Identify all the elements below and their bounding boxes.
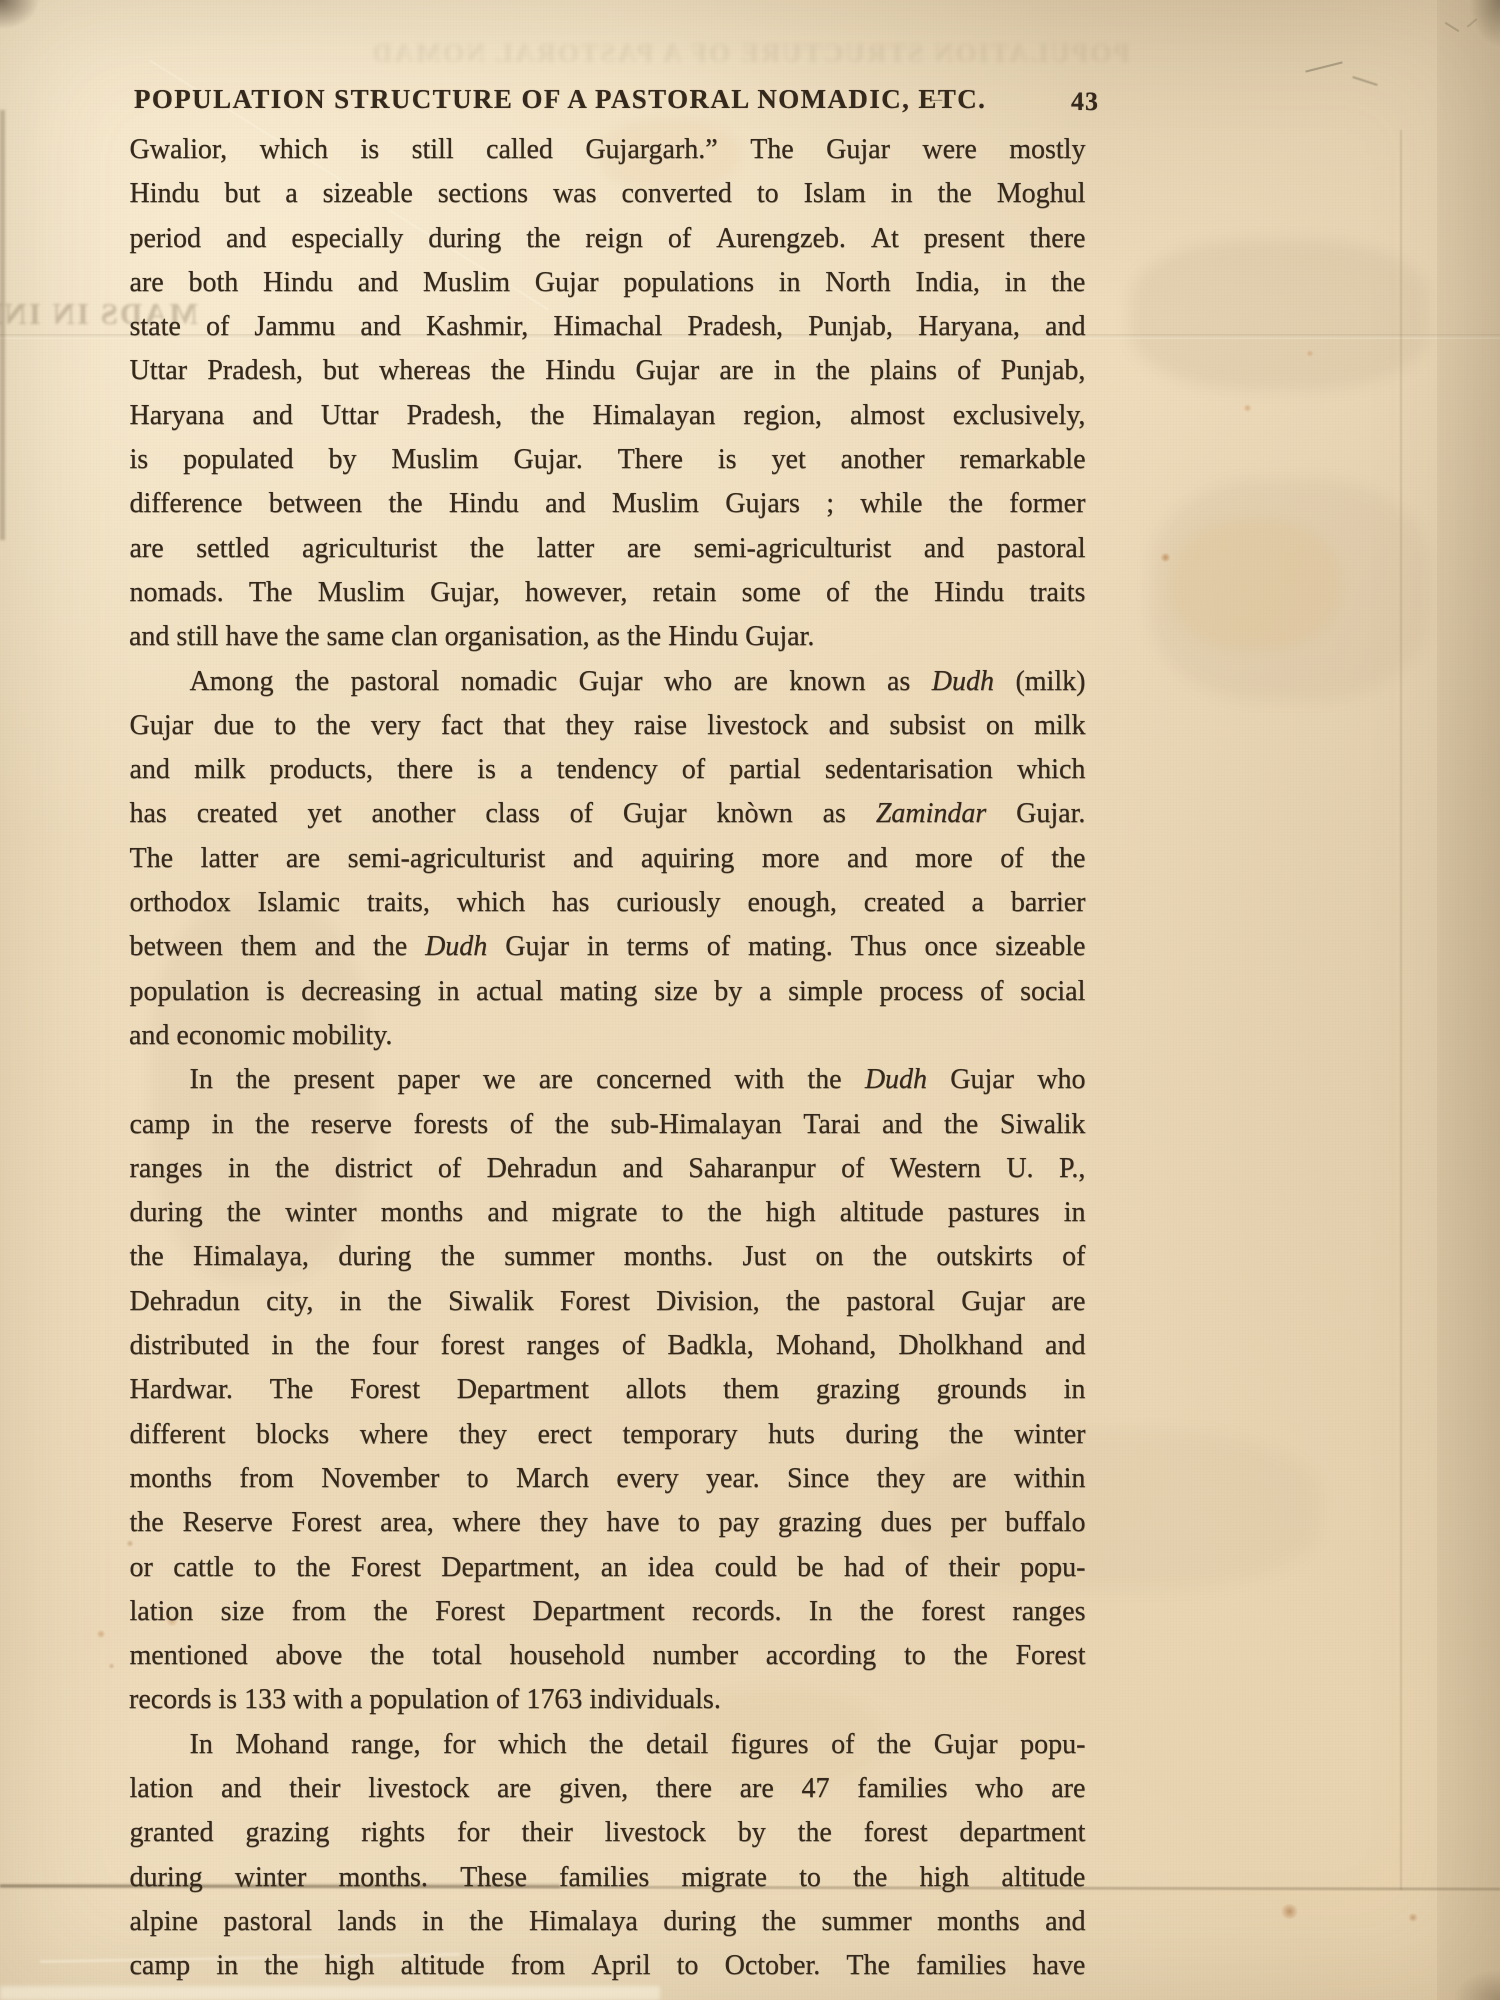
- text-line: monthsfromNovembertoMarcheveryyear.Since…: [129, 1457, 1086, 1501]
- text-line: distributedinthefourforestrangesofBadkla…: [129, 1324, 1086, 1368]
- running-header: POPULATION STRUCTURE OF A PASTORAL NOMAD…: [130, 84, 1087, 120]
- text-line: grantedgrazingrightsfortheirlivestockbyt…: [129, 1811, 1086, 1855]
- foxing-spot: [1280, 1904, 1299, 1919]
- text-line: InthepresentpaperweareconcernedwiththeDu…: [129, 1058, 1086, 1102]
- text-line: orcattletotheForestDepartment,anideacoul…: [129, 1546, 1086, 1590]
- pencil-mark: [1445, 22, 1460, 32]
- text-line: HindubutasizeablesectionswasconvertedtoI…: [129, 172, 1086, 216]
- text-line: betweenthemandtheDudhGujarintermsofmatin…: [129, 925, 1086, 969]
- page-edge-shading: [1437, 0, 1500, 2000]
- text-line: duringthewintermonthsandmigratetothehigh…: [129, 1191, 1086, 1235]
- text-line: UttarPradesh,butwhereastheHinduGujararei…: [129, 349, 1086, 393]
- text-line: HaryanaandUttarPradesh,theHimalayanregio…: [129, 394, 1086, 438]
- text-line: InMohandrange,forwhichthedetailfiguresof…: [129, 1723, 1086, 1767]
- text-line: mentionedabovethetotalhouseholdnumberacc…: [129, 1634, 1086, 1678]
- text-line: differentblockswheretheyerecttemporaryhu…: [129, 1413, 1086, 1457]
- text-line: and still have the same clan organisatio…: [129, 615, 1086, 659]
- text-line: and economic mobility.: [129, 1014, 1086, 1058]
- text-line: ispopulatedbyMuslimGujar.Thereisyetanoth…: [129, 438, 1086, 482]
- text-line: Gwalior,whichisstillcalledGujargarh.”The…: [129, 128, 1086, 172]
- text-line: Gujarduetotheveryfactthattheyraiselivest…: [129, 704, 1086, 748]
- page-number: 43: [1071, 87, 1099, 117]
- foxing-spot: [1306, 350, 1314, 357]
- text-line: rangesinthedistrictofDehradunandSaharanp…: [129, 1147, 1086, 1191]
- text-line: stateofJammuandKashmir,HimachalPradesh,P…: [129, 305, 1086, 349]
- corner-shadow: [1470, 0, 1500, 46]
- text-line: periodandespeciallyduringthereignofAuren…: [129, 217, 1086, 261]
- text-line: Dehraduncity,intheSiwalikForestDivision,…: [129, 1280, 1086, 1324]
- foxing-spot: [1243, 404, 1252, 412]
- foxing-spot: [1408, 1913, 1418, 1922]
- text-line: theHimalaya,duringthesummermonths.Juston…: [129, 1235, 1086, 1279]
- corner-shadow: [0, 0, 40, 30]
- page-body: Gwalior,whichisstillcalledGujargarh.”The…: [129, 128, 1086, 1988]
- text-line: Thelatteraresemi-agriculturistandaquirin…: [129, 837, 1086, 881]
- text-line: lationsizefromtheForestDepartmentrecords…: [129, 1590, 1086, 1634]
- text-line: hascreatedyetanotherclassofGujarknòwnasZ…: [129, 792, 1086, 836]
- text-line: aresettledagriculturistthelatteraresemi-…: [129, 527, 1086, 571]
- left-edge-shadow: [0, 110, 5, 540]
- paragraph: InMohandrange,forwhichthedetailfiguresof…: [129, 1723, 1086, 1989]
- foxing-spot: [96, 1630, 106, 1638]
- foxing-spot: [108, 1663, 115, 1669]
- pencil-mark: [1352, 76, 1377, 86]
- text-line: orthodoxIslamictraits,whichhascuriouslye…: [129, 881, 1086, 925]
- text-line: arebothHinduandMuslimGujarpopulationsinN…: [129, 261, 1086, 305]
- foxing-spot: [1160, 553, 1171, 562]
- text-line: theReserveForestarea,wheretheyhavetopayg…: [129, 1501, 1086, 1545]
- scanned-page: MADS IN IND POPULATION STRUCTURE OF A PA…: [0, 0, 1500, 2000]
- text-line: lationandtheirlivestockaregiven,thereare…: [129, 1767, 1086, 1811]
- bleedthrough-smudge: [1130, 240, 1430, 390]
- text-line: populationisdecreasinginactualmatingsize…: [129, 970, 1086, 1014]
- text-line: nomads.TheMuslimGujar,however,retainsome…: [129, 571, 1086, 615]
- text-line: AmongthepastoralnomadicGujarwhoareknowna…: [129, 660, 1086, 704]
- text-line: duringwintermonths.Thesefamiliesmigratet…: [129, 1856, 1086, 1900]
- text-line: campinthereserveforestsofthesub-Himalaya…: [129, 1103, 1086, 1147]
- text-line: campinthehighaltitudefromApriltoOctober.…: [129, 1944, 1086, 1988]
- paragraph: AmongthepastoralnomadicGujarwhoareknowna…: [129, 660, 1086, 1059]
- stain: [1170, 520, 1340, 650]
- header-dash: –: [930, 86, 942, 113]
- text-line: alpinepastorallandsintheHimalayaduringth…: [129, 1900, 1086, 1944]
- paragraph: Gwalior,whichisstillcalledGujargarh.”The…: [129, 128, 1086, 660]
- running-header-title: POPULATION STRUCTURE OF A PASTORAL NOMAD…: [134, 84, 986, 115]
- text-line: Hardwar.TheForestDepartmentallotsthemgra…: [129, 1368, 1086, 1412]
- text-line: records is 133 with a population of 1763…: [129, 1678, 1086, 1722]
- bleedthrough-smudge: [1150, 480, 1430, 700]
- corner-shadow: [1454, 1970, 1500, 2000]
- text-line: differencebetweentheHinduandMuslimGujars…: [129, 482, 1086, 526]
- bleedthrough-text-top: POPULATION STRUCTURE OF A PASTORAL NOMAD: [270, 38, 1130, 69]
- vertical-fold-line: [1400, 130, 1402, 1890]
- paragraph: InthepresentpaperweareconcernedwiththeDu…: [129, 1058, 1086, 1722]
- text-line: andmilkproducts,thereisatendencyofpartia…: [129, 748, 1086, 792]
- pencil-mark: [1305, 61, 1342, 72]
